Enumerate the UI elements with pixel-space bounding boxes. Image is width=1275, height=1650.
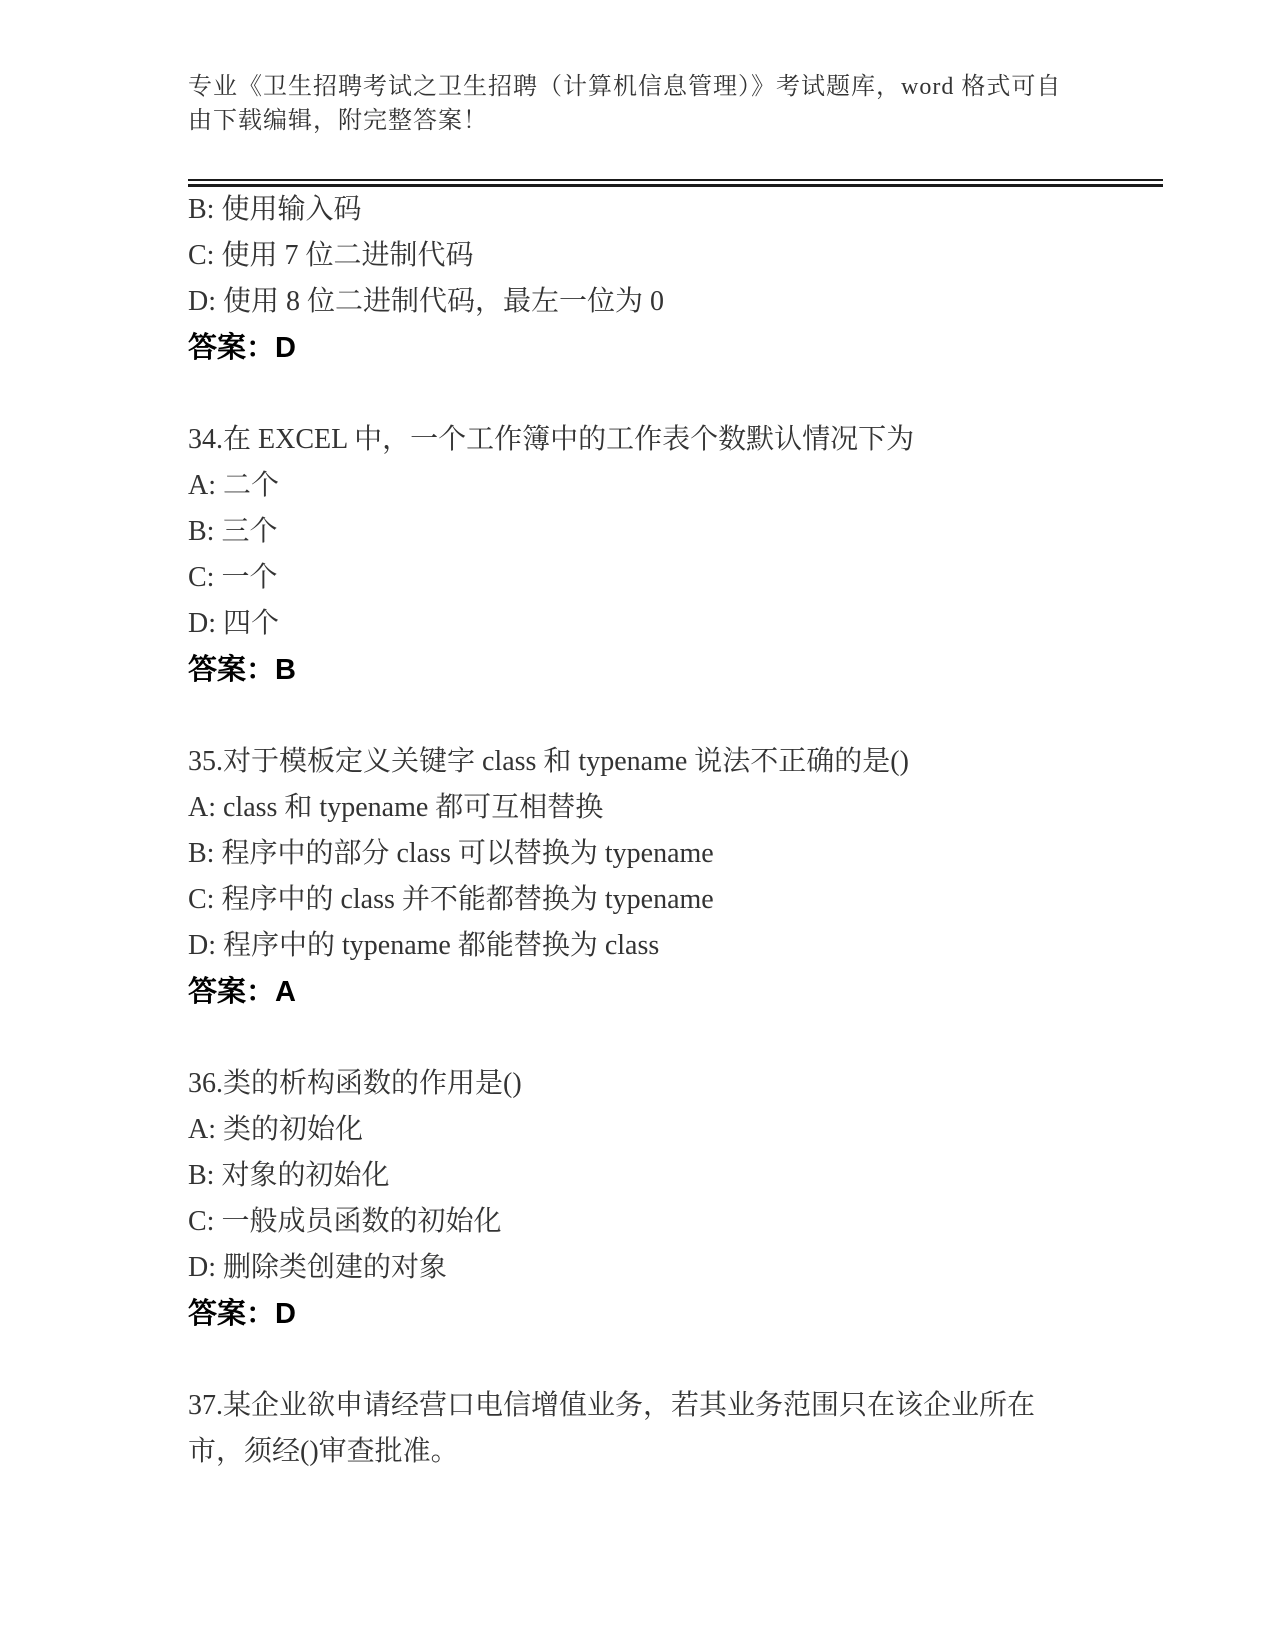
option-line-c: C: 程序中的 class 并不能都替换为 typename	[188, 877, 1163, 923]
answer-line: 答案：D	[188, 1291, 1163, 1337]
option-line-d: D: 删除类创建的对象	[188, 1245, 1163, 1291]
option-line-a: A: class 和 typename 都可互相替换	[188, 785, 1163, 831]
question-text-line-1: 37.某企业欲申请经营口电信增值业务，若其业务范围只在该企业所在	[188, 1383, 1163, 1429]
option-line-a: A: 类的初始化	[188, 1107, 1163, 1153]
option-line-d: D: 程序中的 typename 都能替换为 class	[188, 923, 1163, 969]
document-header: 专业《卫生招聘考试之卫生招聘（计算机信息管理）》考试题库，word 格式可自 由…	[188, 70, 1163, 138]
question-text: 35.对于模板定义关键字 class 和 typename 说法不正确的是()	[188, 739, 1163, 785]
option-line-c: C: 一般成员函数的初始化	[188, 1199, 1163, 1245]
option-line-d: D: 使用 8 位二进制代码，最左一位为 0	[188, 279, 1163, 325]
question-block-36: 36.类的析构函数的作用是() A: 类的初始化 B: 对象的初始化 C: 一般…	[188, 1061, 1163, 1337]
question-text: 34.在 EXCEL 中，一个工作簿中的工作表个数默认情况下为	[188, 417, 1163, 463]
header-divider-rule	[188, 179, 1163, 187]
question-text-line-2: 市，须经()审查批准。	[188, 1429, 1163, 1475]
question-block-34: 34.在 EXCEL 中，一个工作簿中的工作表个数默认情况下为 A: 二个 B:…	[188, 417, 1163, 693]
answer-line: 答案：D	[188, 325, 1163, 371]
answer-line: 答案：B	[188, 647, 1163, 693]
option-line-a: A: 二个	[188, 463, 1163, 509]
header-line-2: 由下载编辑，附完整答案！	[188, 104, 1163, 138]
option-line-c: C: 一个	[188, 555, 1163, 601]
answer-line: 答案：A	[188, 969, 1163, 1015]
option-line-c: C: 使用 7 位二进制代码	[188, 233, 1163, 279]
option-line-d: D: 四个	[188, 601, 1163, 647]
header-line-1: 专业《卫生招聘考试之卫生招聘（计算机信息管理）》考试题库，word 格式可自	[188, 70, 1163, 104]
option-line-b: B: 对象的初始化	[188, 1153, 1163, 1199]
document-page: 专业《卫生招聘考试之卫生招聘（计算机信息管理）》考试题库，word 格式可自 由…	[0, 0, 1275, 1650]
option-line-b: B: 三个	[188, 509, 1163, 555]
question-text: 36.类的析构函数的作用是()	[188, 1061, 1163, 1107]
option-line-b: B: 程序中的部分 class 可以替换为 typename	[188, 831, 1163, 877]
question-block-35: 35.对于模板定义关键字 class 和 typename 说法不正确的是() …	[188, 739, 1163, 1015]
option-line-b: B: 使用输入码	[188, 187, 1163, 233]
question-block-33: B: 使用输入码 C: 使用 7 位二进制代码 D: 使用 8 位二进制代码，最…	[188, 187, 1163, 371]
question-block-37: 37.某企业欲申请经营口电信增值业务，若其业务范围只在该企业所在 市，须经()审…	[188, 1383, 1163, 1475]
